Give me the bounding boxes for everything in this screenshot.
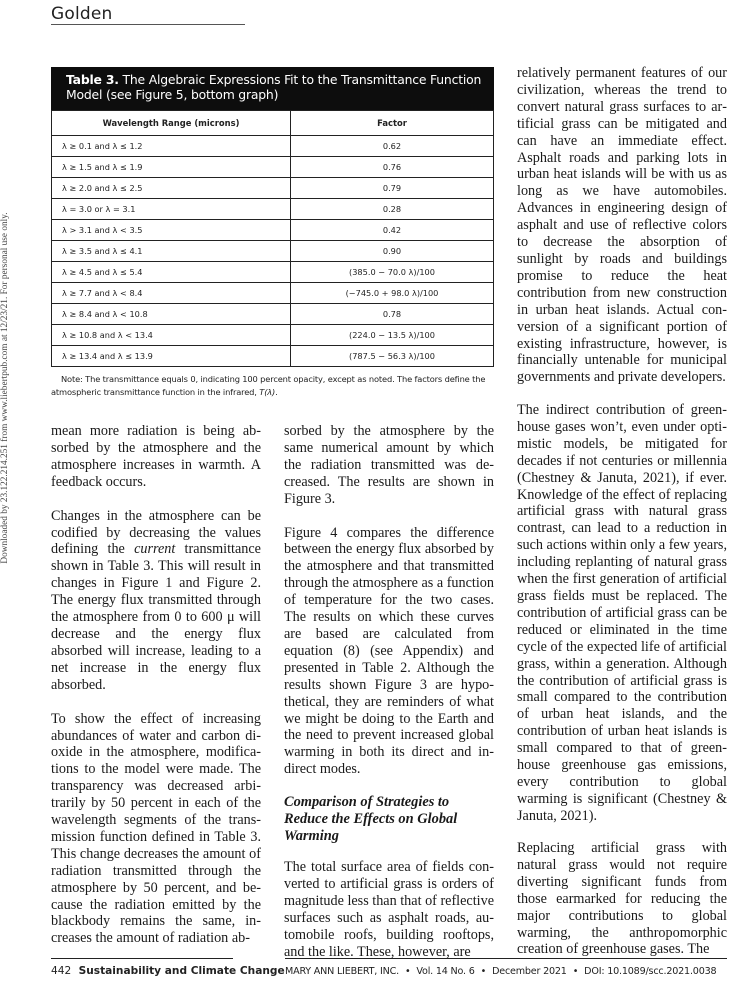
wavelength-cell: λ ≥ 0.1 and λ ≤ 1.2 <box>52 136 291 157</box>
col-header-wavelength: Wavelength Range (microns) <box>52 111 291 136</box>
body-column-3-end: Replacing artificial grass with natural … <box>517 840 727 958</box>
table-row: λ > 3.1 and λ < 3.50.42 <box>52 220 494 241</box>
body-column-2: sorbed by the atmosphere by the same num… <box>284 423 494 961</box>
wavelength-cell: λ ≥ 1.5 and λ ≤ 1.9 <box>52 157 291 178</box>
table-note: Note: The transmittance equals 0, indica… <box>51 373 494 399</box>
wavelength-cell: λ ≥ 4.5 and λ ≤ 5.4 <box>52 262 291 283</box>
section-heading: Comparison of Strategies to Reduce the E… <box>284 794 494 845</box>
running-header-author: Golden <box>51 4 113 24</box>
volume: Vol. 14 No. 6 <box>416 966 474 977</box>
table-row: λ ≥ 10.8 and λ < 13.4(224.0 − 13.5 λ)/10… <box>52 325 494 346</box>
paragraph: relatively permanent features of our civ… <box>517 65 727 386</box>
page-number: 442 <box>51 965 71 977</box>
download-watermark: Downloaded by 23.122.214.251 from www.li… <box>0 88 10 688</box>
table-row: λ ≥ 3.5 and λ ≤ 4.10.90 <box>52 241 494 262</box>
table-caption: Table 3. The Algebraic Expressions Fit t… <box>51 67 494 110</box>
table-row: λ = 3.0 or λ = 3.10.28 <box>52 199 494 220</box>
wavelength-cell: λ ≥ 7.7 and λ < 8.4 <box>52 283 291 304</box>
separator: • <box>573 966 578 977</box>
paragraph: mean more radiation is being ab­sorbed b… <box>51 423 261 491</box>
factor-cell: 0.28 <box>291 199 494 220</box>
body-column-1: mean more radiation is being ab­sorbed b… <box>51 423 261 947</box>
factor-cell: (385.0 − 70.0 λ)/100 <box>291 262 494 283</box>
table-row: λ ≥ 2.0 and λ ≤ 2.50.79 <box>52 178 494 199</box>
factor-cell: 0.42 <box>291 220 494 241</box>
paragraph-text: transmittance shown in Table 3. This wil… <box>51 541 261 692</box>
factor-cell: (−745.0 + 98.0 λ)/100 <box>291 283 494 304</box>
header-rule <box>51 24 245 25</box>
wavelength-cell: λ ≥ 10.8 and λ < 13.4 <box>52 325 291 346</box>
footer-left: 442 Sustainability and Climate Change <box>51 965 285 977</box>
transmittance-table: Wavelength Range (microns) Factor λ ≥ 0.… <box>51 110 494 367</box>
table-row: λ ≥ 7.7 and λ < 8.4(−745.0 + 98.0 λ)/100 <box>52 283 494 304</box>
wavelength-cell: λ > 3.1 and λ < 3.5 <box>52 220 291 241</box>
factor-cell: (787.5 − 56.3 λ)/100 <box>291 346 494 367</box>
paragraph: The indirect contribution of green­house… <box>517 402 727 825</box>
factor-cell: (224.0 − 13.5 λ)/100 <box>291 325 494 346</box>
separator: • <box>405 966 410 977</box>
factor-cell: 0.62 <box>291 136 494 157</box>
wavelength-cell: λ ≥ 13.4 and λ ≤ 13.9 <box>52 346 291 367</box>
issue-date: December 2021 <box>492 966 567 977</box>
wavelength-cell: λ ≥ 8.4 and λ < 10.8 <box>52 304 291 325</box>
body-column-3-continued: The indirect contribution of green­house… <box>517 402 727 825</box>
paragraph: The total surface area of fields con­ver… <box>284 859 494 960</box>
table-label: Table 3. <box>66 72 119 87</box>
wavelength-cell: λ ≥ 3.5 and λ ≤ 4.1 <box>52 241 291 262</box>
publisher: MARY ANN LIEBERT, INC. <box>285 966 399 977</box>
paragraph: Changes in the atmosphere can be codifie… <box>51 508 261 694</box>
table-row: λ ≥ 4.5 and λ ≤ 5.4(385.0 − 70.0 λ)/100 <box>52 262 494 283</box>
separator: • <box>481 966 486 977</box>
table-row: λ ≥ 1.5 and λ ≤ 1.90.76 <box>52 157 494 178</box>
table-note-symbol: T(λ) <box>259 387 275 397</box>
factor-cell: 0.90 <box>291 241 494 262</box>
col-header-factor: Factor <box>291 111 494 136</box>
wavelength-cell: λ ≥ 2.0 and λ ≤ 2.5 <box>52 178 291 199</box>
paragraph: To show the effect of increasing abundan… <box>51 711 261 948</box>
factor-cell: 0.78 <box>291 304 494 325</box>
footer-rule-left <box>51 958 233 959</box>
journal-name: Sustainability and Climate Change <box>79 965 285 977</box>
table-row: λ ≥ 13.4 and λ ≤ 13.9(787.5 − 56.3 λ)/10… <box>52 346 494 367</box>
table-3: Table 3. The Algebraic Expressions Fit t… <box>51 67 494 399</box>
body-column-3: relatively permanent features of our civ… <box>517 65 727 386</box>
paragraph: Figure 4 compares the difference between… <box>284 525 494 779</box>
table-row: λ ≥ 0.1 and λ ≤ 1.20.62 <box>52 136 494 157</box>
factor-cell: 0.79 <box>291 178 494 199</box>
footer-rule-right <box>285 958 727 959</box>
emphasis-current: current <box>134 541 175 557</box>
paragraph: sorbed by the atmosphere by the same num… <box>284 423 494 508</box>
table-header-row: Wavelength Range (microns) Factor <box>52 111 494 136</box>
doi: DOI: 10.1089/scc.2021.0038 <box>584 966 716 977</box>
wavelength-cell: λ = 3.0 or λ = 3.1 <box>52 199 291 220</box>
paragraph: Replacing artificial grass with natural … <box>517 840 727 958</box>
table-title: The Algebraic Expressions Fit to the Tra… <box>66 72 481 102</box>
footer-right: MARY ANN LIEBERT, INC.•Vol. 14 No. 6•Dec… <box>285 966 730 977</box>
factor-cell: 0.76 <box>291 157 494 178</box>
table-row: λ ≥ 8.4 and λ < 10.80.78 <box>52 304 494 325</box>
table-note-end: . <box>275 387 278 397</box>
